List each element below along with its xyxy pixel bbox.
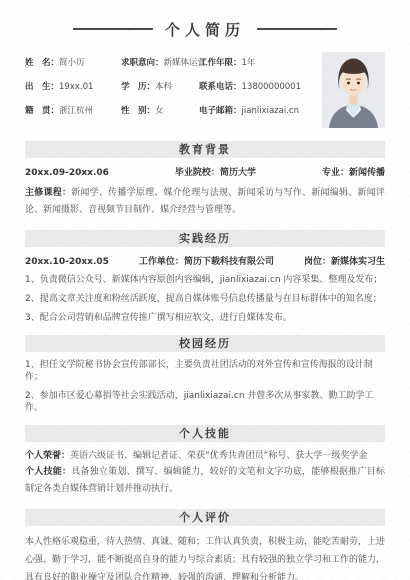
- education-courses-text: 新闻学、传播学原理、媒介伦理与法规、新闻采访与写作、新闻编辑、新闻评论、新闻摄影…: [25, 188, 385, 215]
- field-hometown: 籍 贯：浙江杭州: [25, 106, 121, 117]
- field-email-value: jianlixiazai.cn: [242, 106, 299, 117]
- evaluation-text: 本人性格乐观稳重，待人热情、真诚、随和；工作认真负责，积极主动，能吃苦耐劳，上进…: [25, 533, 385, 580]
- practice-position-value: 新媒体实习生: [331, 257, 385, 267]
- education-date: 20xx.09-20xx.06: [25, 167, 109, 179]
- section-header-education: 教育背景: [25, 141, 385, 158]
- field-education-level: 学 历：本科: [121, 82, 199, 93]
- section-header-practice-label: 实践经历: [179, 232, 231, 245]
- title-rule-left: [73, 28, 153, 30]
- field-phone: 联系电话：13800000001: [199, 82, 312, 93]
- practice-date: 20xx.10-20xx.05: [25, 256, 109, 268]
- education-school-value: 简历大学: [220, 168, 256, 178]
- section-header-evaluation: 个人评价: [25, 509, 385, 526]
- title-rule-right: [257, 28, 337, 30]
- profile-row-1: 姓 名：简小历 求职意向：新媒体运营 工作年限：1年: [25, 58, 312, 69]
- section-header-evaluation-label: 个人评价: [179, 511, 231, 524]
- field-birth-value: 19xx.01: [59, 82, 93, 93]
- field-hometown-label: 籍 贯：: [25, 106, 59, 117]
- section-skills: 个人技能 个人荣誉：英语六级证书、编辑记者证、荣获“优秀共青团员”称号、获大学一…: [25, 425, 385, 498]
- practice-bullet-3: 3、配合公司营销和品牌宣传推广撰写相应软文，进行自媒体发布。: [25, 312, 385, 324]
- section-header-education-label: 教育背景: [179, 143, 231, 156]
- field-birth: 出 生：19xx.01: [25, 82, 121, 93]
- field-phone-value: 13800000001: [242, 82, 302, 93]
- field-work-years: 工作年限：1年: [199, 58, 312, 69]
- field-work-years-value: 1年: [242, 58, 256, 69]
- education-meta-row: 20xx.09-20xx.06 毕业院校：简历大学 专业：新闻传播: [25, 167, 385, 179]
- education-school: 毕业院校：简历大学: [175, 167, 256, 179]
- field-work-years-label: 工作年限：: [199, 58, 242, 69]
- skills-ability-text: 具备独立策划、撰写、编辑能力，较好的文笔和文字功底，能够根据推广目标制定各类自媒…: [25, 467, 385, 494]
- resume-title-row: 个人简历: [25, 18, 385, 40]
- education-major-label: 专业：: [322, 168, 349, 178]
- field-job-intention: 求职意向：新媒体运营: [121, 58, 199, 69]
- practice-bullet-2: 2、提高文章关注度和粉丝活跃度，提高自媒体账号信息传播量与在目标群体中的知名度；: [25, 293, 385, 305]
- profile-row-3: 籍 贯：浙江杭州 性 别：女 电子邮箱：jianlixiazai.cn: [25, 106, 312, 117]
- practice-meta-row: 20xx.10-20xx.05 工作单位：简历下载科技有限公司 岗位：新媒体实习…: [25, 256, 385, 268]
- resume-page: 个人简历 姓 名：简小历 求职意向：新媒体运营 工作年限：1年 出 生：19xx…: [0, 0, 410, 580]
- section-campus: 校园经历 1、担任文学院秘书协会宣传部部长，主要负责社团活动的对外宣传和宣传海报…: [25, 335, 385, 414]
- page-title: 个人简历: [165, 19, 245, 40]
- field-gender-value: 女: [155, 106, 164, 117]
- skills-ability: 个人技能：具备独立策划、撰写、编辑能力，较好的文笔和文字功底，能够根据推广目标制…: [25, 464, 385, 498]
- section-education: 教育背景 20xx.09-20xx.06 毕业院校：简历大学 专业：新闻传播 主…: [25, 141, 385, 219]
- skills-honor-label: 个人荣誉：: [25, 451, 70, 461]
- practice-company-label: 工作单位：: [139, 257, 184, 267]
- practice-company: 工作单位：简历下载科技有限公司: [139, 256, 274, 268]
- skills-honor: 个人荣誉：英语六级证书、编辑记者证、荣获“优秀共青团员”称号、获大学一级奖学金: [25, 449, 385, 464]
- campus-bullet-2: 2、参加市区爱心募捐等社会实践活动，jianlixiazai.cn 并曾多次从事…: [25, 390, 385, 414]
- section-header-campus-label: 校园经历: [179, 337, 231, 350]
- practice-bullet-1: 1、负责微信公众号、新媒体内容原创内容编辑，jianlixiazai.cn 内容…: [25, 274, 385, 286]
- profile-photo: [322, 52, 385, 128]
- campus-bullet-1: 1、担任文学院秘书协会宣传部部长，主要负责社团活动的对外宣传和宣传海报的设计制作…: [25, 359, 385, 383]
- field-education-level-value: 本科: [155, 82, 172, 93]
- practice-position-label: 岗位：: [304, 257, 331, 267]
- practice-company-value: 简历下载科技有限公司: [184, 257, 274, 267]
- field-name-label: 姓 名：: [25, 58, 59, 69]
- field-gender: 性 别：女: [121, 106, 199, 117]
- education-school-label: 毕业院校：: [175, 168, 220, 178]
- field-email: 电子邮箱：jianlixiazai.cn: [199, 106, 312, 117]
- section-header-practice: 实践经历: [25, 230, 385, 247]
- field-job-intention-label: 求职意向：: [121, 58, 164, 69]
- section-header-skills: 个人技能: [25, 425, 385, 442]
- field-phone-label: 联系电话：: [199, 82, 242, 93]
- education-major-value: 新闻传播: [349, 168, 385, 178]
- profile-info-grid: 姓 名：简小历 求职意向：新媒体运营 工作年限：1年 出 生：19xx.01 学…: [25, 50, 312, 130]
- section-practice: 实践经历 20xx.10-20xx.05 工作单位：简历下载科技有限公司 岗位：…: [25, 230, 385, 324]
- section-header-campus: 校园经历: [25, 335, 385, 352]
- field-name-value: 简小历: [59, 58, 85, 69]
- field-gender-label: 性 别：: [121, 106, 155, 117]
- education-courses: 主修课程：新闻学、传播学原理、媒介伦理与法规、新闻采访与写作、新闻编辑、新闻评论…: [25, 185, 385, 219]
- field-birth-label: 出 生：: [25, 82, 59, 93]
- profile-section: 姓 名：简小历 求职意向：新媒体运营 工作年限：1年 出 生：19xx.01 学…: [25, 50, 385, 130]
- skills-honor-text: 英语六级证书、编辑记者证、荣获“优秀共青团员”称号、获大学一级奖学金: [70, 451, 367, 461]
- profile-row-2: 出 生：19xx.01 学 历：本科 联系电话：13800000001: [25, 82, 312, 93]
- field-email-label: 电子邮箱：: [199, 106, 242, 117]
- section-evaluation: 个人评价 本人性格乐观稳重，待人热情、真诚、随和；工作认真负责，积极主动，能吃苦…: [25, 509, 385, 580]
- skills-ability-label: 个人技能：: [25, 467, 71, 477]
- practice-position: 岗位：新媒体实习生: [304, 256, 385, 268]
- avatar-illustration: [322, 52, 385, 128]
- field-hometown-value: 浙江杭州: [59, 106, 93, 117]
- education-major: 专业：新闻传播: [322, 167, 385, 179]
- section-header-skills-label: 个人技能: [179, 427, 231, 440]
- field-education-level-label: 学 历：: [121, 82, 155, 93]
- education-courses-label: 主修课程：: [25, 188, 71, 198]
- field-name: 姓 名：简小历: [25, 58, 121, 69]
